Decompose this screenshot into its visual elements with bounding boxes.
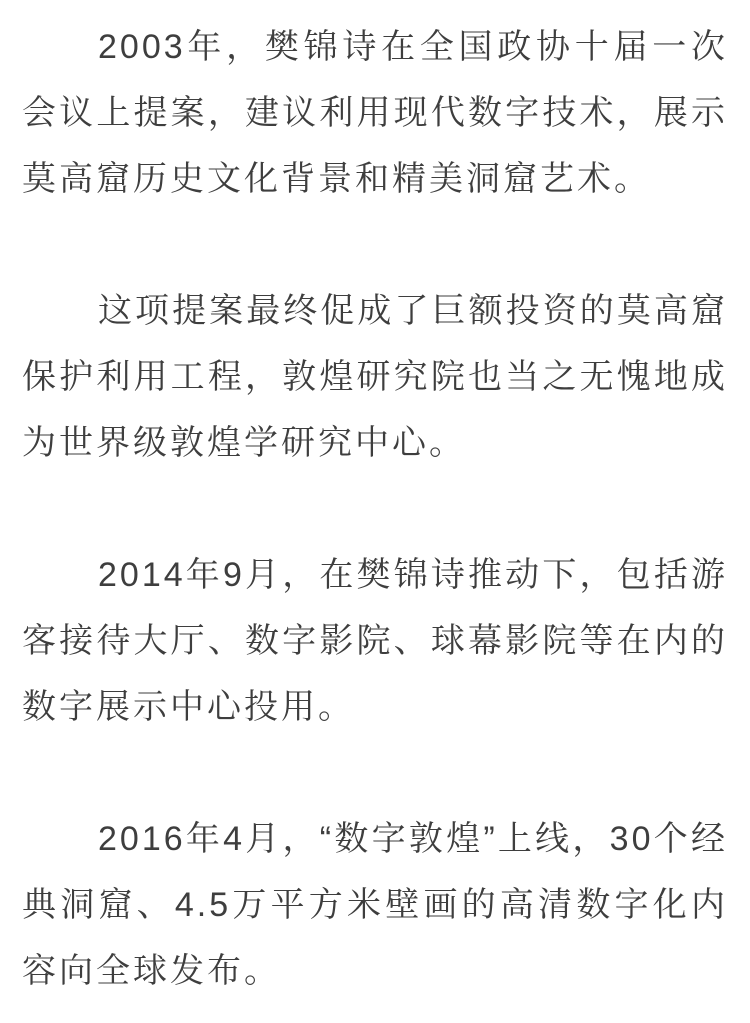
article-body: 2003年，樊锦诗在全国政协十届一次会议上提案，建议利用现代数字技术，展示莫高窟… bbox=[0, 0, 750, 1004]
paragraph-3: 2014年9月，在樊锦诗推动下，包括游客接待大厅、数字影院、球幕影院等在内的数字… bbox=[22, 542, 728, 740]
article-page: 2003年，樊锦诗在全国政协十届一次会议上提案，建议利用现代数字技术，展示莫高窟… bbox=[0, 0, 750, 1023]
paragraph-4: 2016年4月，“数字敦煌”上线，30个经典洞窟、4.5万平方米壁画的高清数字化… bbox=[22, 806, 728, 1004]
paragraph-1: 2003年，樊锦诗在全国政协十届一次会议上提案，建议利用现代数字技术，展示莫高窟… bbox=[22, 14, 728, 212]
paragraph-2: 这项提案最终促成了巨额投资的莫高窟保护利用工程，敦煌研究院也当之无愧地成为世界级… bbox=[22, 278, 728, 476]
